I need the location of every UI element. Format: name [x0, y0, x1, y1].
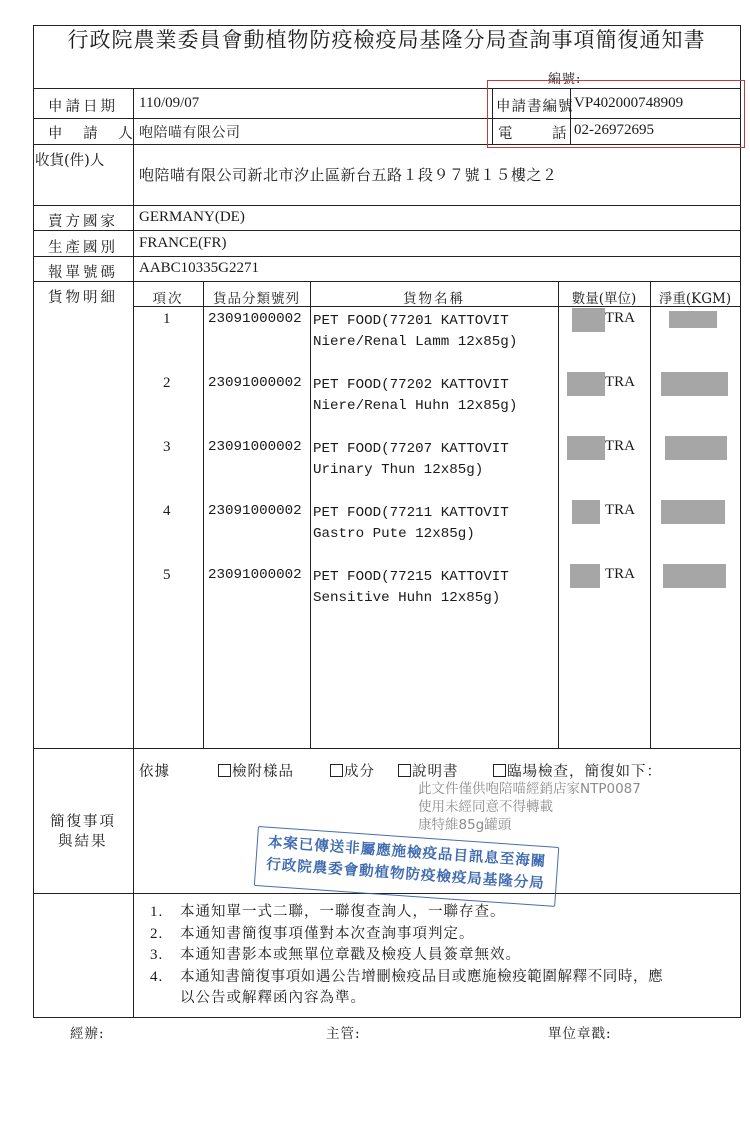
goods-name: PET FOOD(77201 KATTOVITNiere/Renal Lamm … [313, 311, 517, 353]
applicant-label: 申 請 人 [48, 122, 141, 143]
origin-country-label: 生產國別 [48, 236, 118, 257]
reply-section-label-line2: 與結果 [58, 830, 108, 851]
watermark-line: 康特維85g罐頭 [418, 816, 641, 834]
note-text: 本通知書簡復事項僅對本次查詢事項判定。 [180, 924, 475, 946]
goods-header-name: 貨物名稱 [310, 287, 558, 307]
hs-code: 23091000002 [208, 439, 302, 455]
official-stamp: 本案已傳送非屬應施檢疫品目訊息至海關 行政院農委會動植物防疫檢疫局基隆分局 [254, 826, 559, 907]
hs-code: 23091000002 [208, 375, 302, 391]
checkbox-manual[interactable]: 說明書 [398, 760, 459, 781]
goods-header-net-weight: 淨重(KGM) [650, 287, 740, 307]
goods-name: PET FOOD(77215 KATTOVITSensitive Huhn 12… [313, 567, 509, 609]
goods-table-row: 223091000002PET FOOD(77202 KATTOVITNiere… [133, 375, 740, 439]
checkbox-attached-sample[interactable]: 檢附樣品 [218, 760, 294, 781]
note-text-continued: 以公告或解釋函內容為準。 [180, 988, 366, 1010]
outer-border-right [740, 25, 741, 1017]
goods-table-row: 123091000002PET FOOD(77201 KATTOVITNiere… [133, 311, 740, 375]
goods-header-item: 項次 [133, 287, 203, 307]
quantity-unit: TRA [605, 310, 635, 327]
net-weight-redaction [665, 436, 727, 460]
note-text: 本通知單一式二聯，一聯復查詢人，一聯存查。 [180, 902, 506, 924]
net-weight-redaction [663, 564, 726, 588]
quantity-unit: TRA [605, 438, 635, 455]
net-weight-redaction [661, 500, 725, 524]
note-number: 2. [150, 924, 163, 946]
item-number: 1 [163, 311, 171, 328]
item-number: 4 [163, 503, 171, 520]
watermark-line: 此文件僅供咆陪喵經銷店家NTP0087 [418, 780, 641, 798]
declaration-number-label: 報單號碼 [48, 261, 118, 282]
hs-code: 23091000002 [208, 567, 302, 583]
note-item: 2. 本通知書簡復事項僅對本次查詢事項判定。 [150, 924, 750, 946]
quantity-redaction [570, 564, 600, 588]
item-number: 2 [163, 375, 171, 392]
note-number: 4. [150, 967, 163, 989]
row-divider [33, 230, 741, 231]
seller-country-value: GERMANY(DE) [139, 209, 245, 226]
goods-table-row: 523091000002PET FOOD(77215 KATTOVITSensi… [133, 567, 740, 631]
checkbox-box[interactable] [218, 764, 231, 777]
quantity-unit: TRA [605, 566, 635, 583]
quantity-redaction [567, 372, 605, 396]
hs-code: 23091000002 [208, 503, 302, 519]
application-date-value: 110/09/07 [139, 95, 199, 112]
unit-seal-label: 單位章戳: [548, 1022, 612, 1042]
quantity-unit: TRA [605, 502, 635, 519]
goods-header-hs-code: 貨品分類號列 [203, 287, 310, 307]
checkbox-ingredients[interactable]: 成分 [330, 760, 375, 781]
document-title: 行政院農業委員會動植物防疫檢疫局基隆分局查詢事項簡復通知書 [33, 24, 740, 54]
note-number: 3. [150, 945, 163, 967]
quantity-redaction [572, 500, 600, 524]
item-number: 5 [163, 567, 171, 584]
checkbox-box[interactable] [398, 764, 411, 777]
reply-section-label-line1: 簡復事項 [50, 810, 116, 831]
consignee-label: 收貨(件)人 [35, 149, 104, 170]
declaration-number-value: AABC10335G2271 [139, 260, 259, 277]
quantity-redaction [567, 436, 605, 460]
consignee-value: 咆陪喵有限公司新北市汐止區新台五路１段９７號１５樓之２ [139, 164, 558, 185]
goods-table-row: 423091000002PET FOOD(77211 KATTOVITGastr… [133, 503, 740, 567]
checkbox-box[interactable] [330, 764, 343, 777]
applicant-value: 咆陪喵有限公司 [139, 122, 241, 142]
goods-table-row: 323091000002PET FOOD(77207 KATTOVITUrina… [133, 439, 740, 503]
note-item: 3. 本通知書影本或無單位章戳及檢疫人員簽章無效。 [150, 945, 750, 967]
net-weight-redaction [669, 311, 717, 328]
highlight-box [487, 80, 745, 148]
hs-code: 23091000002 [208, 311, 302, 327]
row-divider [33, 256, 741, 257]
checkbox-box[interactable] [493, 764, 506, 777]
basis-label: 依據 [139, 760, 170, 781]
checkbox-label: 檢附樣品 [232, 764, 294, 780]
application-date-label: 申請日期 [48, 95, 118, 116]
goods-name: PET FOOD(77202 KATTOVITNiere/Renal Huhn … [313, 375, 517, 417]
item-number: 3 [163, 439, 171, 456]
outer-border-left [33, 25, 34, 1017]
note-item: 4. 本通知書簡復事項如遇公告增刪檢疫品目或應施檢疫範圍解釋不同時，應 以公告或… [150, 967, 750, 1011]
net-weight-redaction [661, 372, 728, 396]
row-divider [33, 205, 741, 206]
row-divider [33, 748, 741, 749]
note-text: 本通知書影本或無單位章戳及檢疫人員簽章無效。 [180, 945, 521, 967]
goods-section-label: 貨物明細 [48, 286, 118, 307]
note-number: 1. [150, 902, 163, 924]
supervisor-label: 主管: [326, 1022, 361, 1042]
row-divider [33, 281, 741, 282]
quantity-unit: TRA [605, 374, 635, 391]
watermark-line: 使用未經同意不得轉載 [418, 798, 641, 816]
note-item: 1. 本通知單一式二聯，一聯復查詢人，一聯存查。 [150, 902, 750, 924]
checkbox-label: 說明書 [412, 764, 459, 780]
note-text: 本通知書簡復事項如遇公告增刪檢疫品目或應施檢疫範圍解釋不同時，應 [180, 967, 663, 989]
origin-country-value: FRANCE(FR) [139, 235, 227, 252]
handler-label: 經辦: [70, 1022, 105, 1042]
checkbox-on-site-inspection[interactable]: 臨場檢查，簡復如下： [493, 760, 662, 781]
goods-header-quantity: 數量(單位) [558, 287, 650, 307]
seller-country-label: 賣方國家 [48, 210, 118, 231]
checkbox-label: 臨場檢查，簡復如下： [507, 764, 662, 780]
checkbox-label: 成分 [344, 764, 375, 780]
goods-name: PET FOOD(77207 KATTOVITUrinary Thun 12x8… [313, 439, 509, 481]
outer-border-bottom [33, 1017, 741, 1018]
quantity-redaction [572, 308, 605, 332]
watermark-text: 此文件僅供咆陪喵經銷店家NTP0087 使用未經同意不得轉載 康特維85g罐頭 [418, 780, 641, 834]
goods-name: PET FOOD(77211 KATTOVITGastro Pute 12x85… [313, 503, 509, 545]
